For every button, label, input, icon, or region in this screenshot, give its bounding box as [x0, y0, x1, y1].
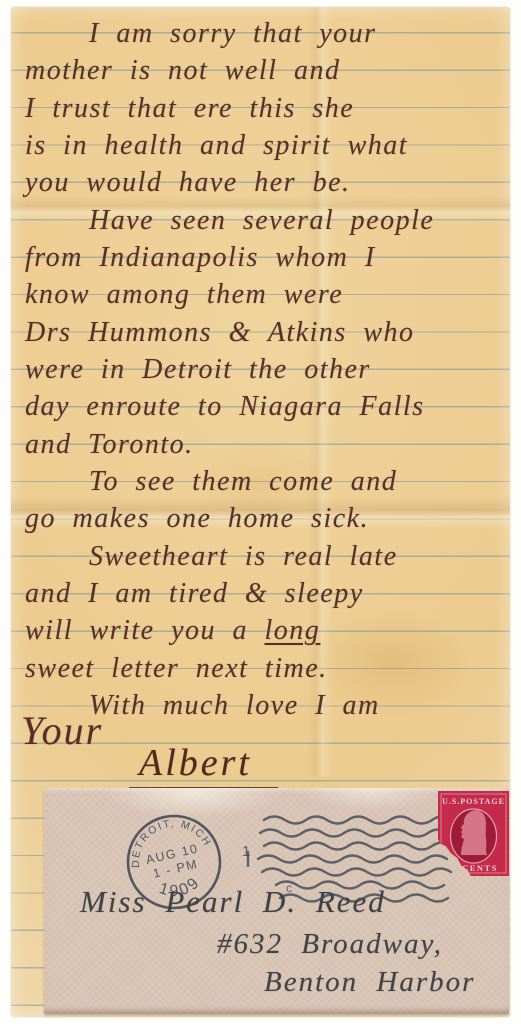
letter-closing: Your [21, 707, 103, 754]
letter-line: To see them come and [89, 463, 397, 501]
letter-line: mother is not well and [25, 52, 340, 90]
letter-line: and I am tired & sleepy [25, 575, 364, 613]
letter-line: you would have her be. [25, 164, 351, 202]
letter-line: Have seen several people [89, 202, 434, 240]
letter-paper: I am sorry that yourmother is not well a… [11, 7, 510, 1017]
letter-line: were in Detroit the other [25, 351, 371, 389]
letter-line: will write you a long [25, 612, 320, 650]
scanned-letter-page: I am sorry that yourmother is not well a… [0, 0, 521, 1024]
letter-signature: Albert [129, 741, 278, 790]
letter-line: and Toronto. [25, 426, 194, 464]
letter-line: Sweetheart is real late [89, 538, 398, 576]
letter-line: Drs Hummons & Atkins who [25, 314, 415, 352]
cancellation-mark-1: 1 [242, 843, 250, 860]
letter-line: from Indianapolis whom I [25, 239, 376, 277]
stamp-top-text: U.S.POSTAGE [442, 797, 505, 806]
letter-line: I am sorry that your [89, 15, 377, 53]
letter-line: I trust that ere this she [25, 90, 354, 128]
letter-line: is in health and spirit what [25, 127, 408, 165]
letter-line: With much love I am [89, 687, 380, 725]
stamp-bottom-text: CENTS [462, 863, 498, 873]
letter-line: go makes one home sick. [25, 500, 369, 538]
letter-line: sweet letter next time. [25, 650, 328, 688]
address-line-street: #632 Broadway, [217, 928, 443, 961]
address-line-recipient: Miss Pearl D. Reed [80, 884, 386, 920]
address-line-city: Benton Harbor [264, 966, 475, 999]
letter-line: day enroute to Niagara Falls [25, 388, 425, 426]
envelope: DETROIT, MICH. AUG 10 1 - PM 1909 [44, 788, 509, 1014]
letter-line: know among them were [25, 276, 343, 314]
